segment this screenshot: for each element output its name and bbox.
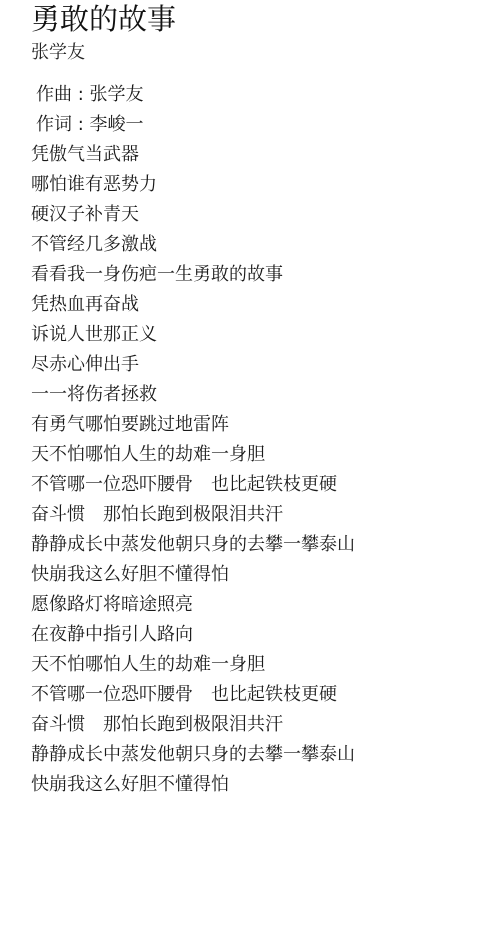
- lyrics-page: 勇敢的故事 张学友 作曲 : 张学友 作词 : 李峻一 凭傲气当武器 哪怕谁有恶…: [31, 0, 500, 800]
- lyric-line: 尽赤心伸出手: [31, 350, 500, 380]
- lyric-line: 看看我一身伤疤一生勇敢的故事: [31, 260, 500, 290]
- lyric-line: 凭傲气当武器: [31, 140, 500, 170]
- lyric-line: 不管哪一位恐吓腰骨 也比起铁枝更硬: [31, 680, 500, 710]
- lyric-line: 快崩我这么好胆不懂得怕: [31, 560, 500, 590]
- lyric-line: 不管哪一位恐吓腰骨 也比起铁枝更硬: [31, 470, 500, 500]
- lyric-line: 奋斗惯 那怕长跑到极限泪共汗: [31, 710, 500, 740]
- lyric-line: 快崩我这么好胆不懂得怕: [31, 770, 500, 800]
- lyrics-body: 作曲 : 张学友 作词 : 李峻一 凭傲气当武器 哪怕谁有恶势力 硬汉子补青天 …: [31, 80, 500, 800]
- lyric-line: 一一将伤者拯救: [31, 380, 500, 410]
- lyric-line: 不管经几多激战: [31, 230, 500, 260]
- lyric-line: 硬汉子补青天: [31, 200, 500, 230]
- composer-credit: 作曲 : 张学友: [31, 80, 500, 110]
- lyric-line: 天不怕哪怕人生的劫难一身胆: [31, 650, 500, 680]
- lyric-line: 愿像路灯将暗途照亮: [31, 590, 500, 620]
- lyric-line: 凭热血再奋战: [31, 290, 500, 320]
- lyric-line: 在夜静中指引人路向: [31, 620, 500, 650]
- lyric-line: 诉说人世那正义: [31, 320, 500, 350]
- lyric-line: 有勇气哪怕要跳过地雷阵: [31, 410, 500, 440]
- artist-name: 张学友: [31, 40, 500, 66]
- lyric-line: 静静成长中蒸发他朝只身的去攀一攀泰山: [31, 740, 500, 770]
- song-title: 勇敢的故事: [31, 0, 500, 38]
- lyric-line: 哪怕谁有恶势力: [31, 170, 500, 200]
- lyricist-credit: 作词 : 李峻一: [31, 110, 500, 140]
- lyric-line: 奋斗惯 那怕长跑到极限泪共汗: [31, 500, 500, 530]
- lyric-line: 天不怕哪怕人生的劫难一身胆: [31, 440, 500, 470]
- lyric-line: 静静成长中蒸发他朝只身的去攀一攀泰山: [31, 530, 500, 560]
